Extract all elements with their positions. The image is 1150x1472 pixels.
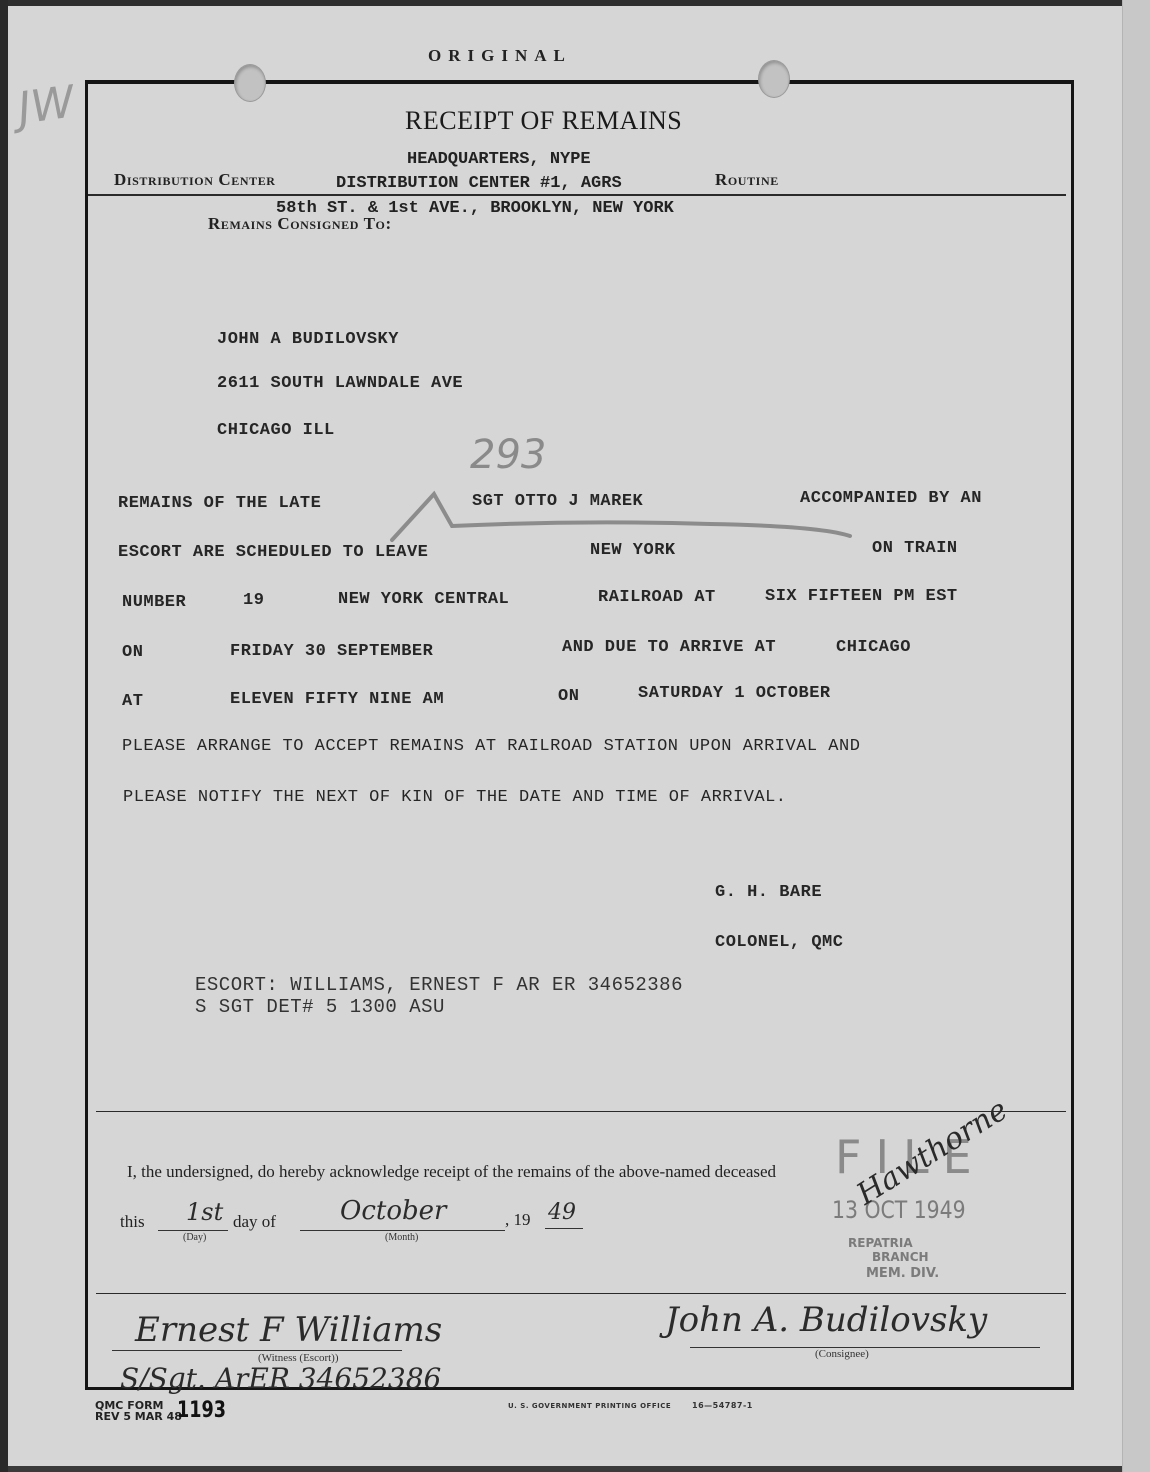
escort-line-2: S SGT DET# 5 1300 ASU — [195, 996, 445, 1018]
file-stamp-division: MEM. DIV. — [866, 1266, 939, 1281]
issuer-line-2: DISTRIBUTION CENTER #1, AGRS — [336, 174, 622, 193]
consignee-street: 2611 SOUTH LAWNDALE AVE — [217, 374, 463, 393]
signatory-rank: COLONEL, QMC — [715, 933, 843, 952]
copy-marker: ORIGINAL — [428, 46, 572, 66]
print-code: 16—54787-1 — [692, 1401, 753, 1410]
consignee-caption: (Consignee) — [815, 1348, 869, 1360]
witness-signature[interactable]: Ernest F Williams — [135, 1310, 442, 1350]
routine-label: Routine — [715, 170, 779, 190]
form-title: RECEIPT OF REMAINS — [405, 106, 682, 136]
acknowledgment-text: I, the undersigned, do hereby acknowledg… — [127, 1162, 776, 1182]
accompanied-label: ACCOMPANIED BY AN — [800, 489, 982, 508]
printing-office: U. S. GOVERNMENT PRINTING OFFICE — [508, 1402, 671, 1410]
year-prefix: , 19 — [505, 1210, 531, 1230]
file-stamp-repatria: REPATRIA — [848, 1236, 913, 1250]
due-arrive-label: AND DUE TO ARRIVE AT — [562, 638, 776, 657]
instruction-line-1: PLEASE ARRANGE TO ACCEPT REMAINS AT RAIL… — [122, 737, 860, 756]
on-label-depart: ON — [122, 643, 143, 662]
signatory-name: G. H. BARE — [715, 883, 822, 902]
header-divider — [88, 194, 1066, 196]
at-label-arrive: AT — [122, 692, 143, 711]
year-value[interactable]: 49 — [548, 1200, 576, 1225]
punch-hole-right — [758, 60, 790, 98]
day-field-line — [158, 1230, 228, 1231]
acknowledgment-divider — [96, 1111, 1066, 1112]
pencil-note: 293 — [470, 432, 546, 478]
on-train-label: ON TRAIN — [872, 539, 958, 558]
witness-note: S/Sgt. ArER 34652386 — [120, 1362, 441, 1395]
this-label: this — [120, 1212, 145, 1232]
railroad-name: NEW YORK CENTRAL — [338, 590, 509, 609]
file-stamp-date: 13 OCT 1949 — [832, 1196, 966, 1224]
escort-leave-label: ESCORT ARE SCHEDULED TO LEAVE — [118, 543, 428, 562]
depart-date: FRIDAY 30 SEPTEMBER — [230, 642, 433, 661]
paper-right-edge — [1122, 0, 1150, 1472]
instruction-line-2: PLEASE NOTIFY THE NEXT OF KIN OF THE DAT… — [123, 788, 787, 807]
train-number: 19 — [243, 591, 264, 610]
day-of-label: day of — [233, 1212, 276, 1232]
escort-line-1: ESCORT: WILLIAMS, ERNEST F AR ER 3465238… — [195, 974, 683, 996]
depart-city: NEW YORK — [590, 541, 676, 560]
depart-time: SIX FIFTEEN PM EST — [765, 587, 958, 606]
consignee-name: JOHN A BUDILOVSKY — [217, 330, 399, 349]
arrive-time: ELEVEN FIFTY NINE AM — [230, 690, 444, 709]
arrive-city: CHICAGO — [836, 638, 911, 657]
consignee-city: CHICAGO ILL — [217, 421, 335, 440]
distribution-center-label: Distribution Center — [114, 170, 276, 190]
signature-divider — [96, 1293, 1066, 1294]
margin-initials: JW — [15, 76, 78, 134]
on-label-arrive: ON — [558, 687, 579, 706]
witness-signature-line — [112, 1350, 402, 1351]
railroad-at-label: RAILROAD AT — [598, 588, 716, 607]
remains-consigned-label: Remains Consigned To: — [208, 214, 392, 234]
punch-hole-left — [234, 64, 266, 102]
form-label-line-2: REV 5 MAR 48 — [95, 1411, 182, 1422]
issuer-line-1: HEADQUARTERS, NYPE — [407, 150, 591, 169]
form-number: 1193 — [177, 1398, 226, 1423]
month-value[interactable]: October — [340, 1196, 446, 1226]
scan-left-border — [0, 0, 8, 1472]
form-border — [85, 80, 1074, 1390]
remains-of-label: REMAINS OF THE LATE — [118, 494, 321, 513]
day-caption: (Day) — [183, 1232, 206, 1243]
year-field-line — [545, 1228, 583, 1229]
day-value[interactable]: 1st — [186, 1198, 223, 1226]
deceased-name: SGT OTTO J MAREK — [472, 492, 643, 511]
consignee-signature[interactable]: John A. Budilovsky — [665, 1300, 987, 1340]
arrive-date: SATURDAY 1 OCTOBER — [638, 684, 831, 703]
file-stamp-branch: BRANCH — [872, 1250, 929, 1264]
month-caption: (Month) — [385, 1232, 418, 1243]
number-label: NUMBER — [122, 593, 186, 612]
month-field-line — [300, 1230, 505, 1231]
